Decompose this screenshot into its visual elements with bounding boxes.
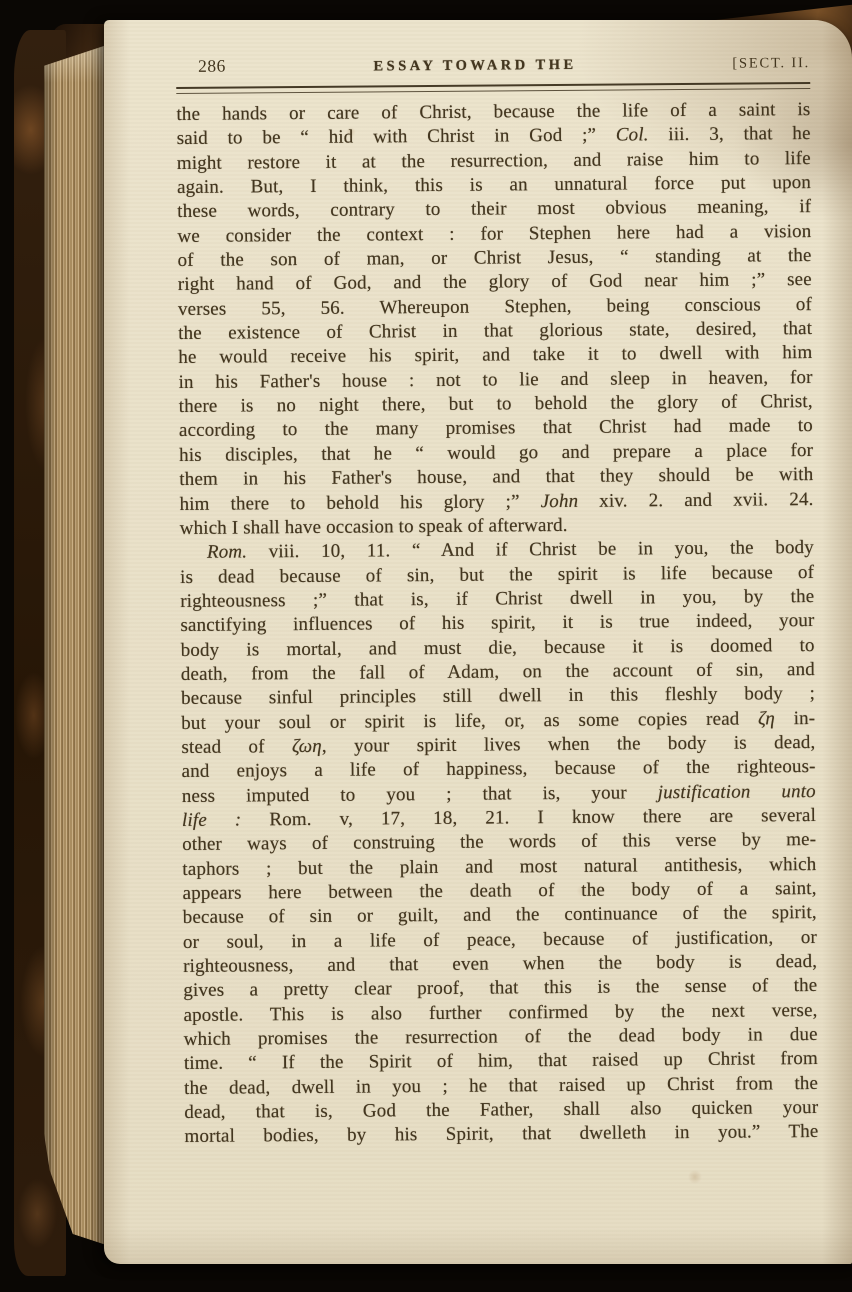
header-rule bbox=[176, 82, 810, 94]
text-line: him there to behold his glory ;” John xi… bbox=[179, 488, 813, 517]
book-photo: 286 ESSAY TOWARD THE [SECT. II. the hand… bbox=[0, 0, 852, 1292]
running-title: ESSAY TOWARD THE bbox=[373, 57, 576, 76]
book-page: 286 ESSAY TOWARD THE [SECT. II. the hand… bbox=[104, 20, 852, 1264]
section-label: [SECT. II. bbox=[732, 55, 810, 73]
text-line: mortal bodies, by his Spirit, that dwell… bbox=[184, 1120, 818, 1149]
text-block: the hands or care of Christ, because the… bbox=[176, 98, 818, 1150]
page-header: 286 ESSAY TOWARD THE [SECT. II. bbox=[176, 51, 810, 80]
page-content: 286 ESSAY TOWARD THE [SECT. II. the hand… bbox=[176, 51, 819, 1150]
page-number: 286 bbox=[198, 56, 226, 77]
